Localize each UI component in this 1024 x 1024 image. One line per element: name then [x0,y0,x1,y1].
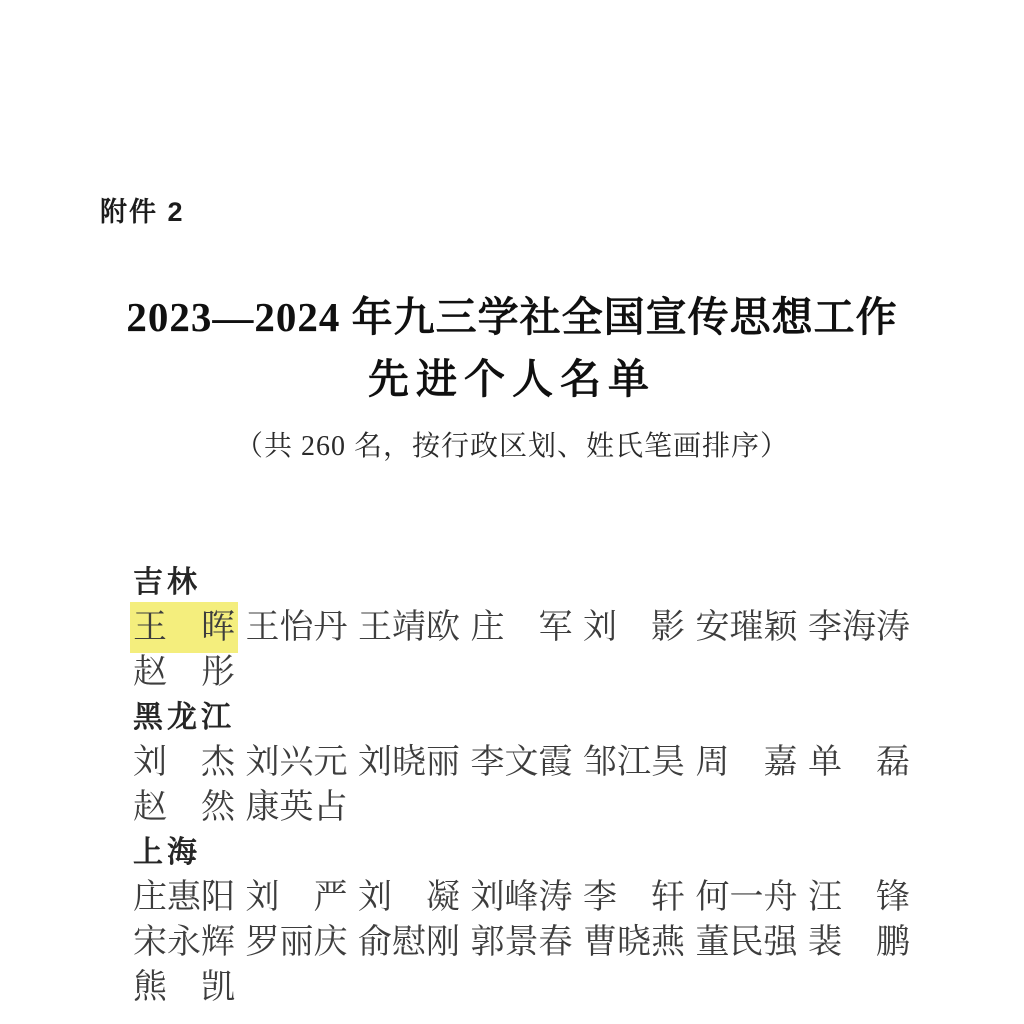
name: 熊凯 [133,965,235,1010]
name-char: 董 [696,920,730,965]
name-char: 影 [651,605,685,650]
name-char: 涛 [539,875,573,920]
name-char: 燕 [651,920,685,965]
name-char: 王 [133,605,167,650]
name: 刘杰 [133,740,235,785]
region-header: 吉林 [133,560,910,605]
name-char: 元 [314,740,348,785]
name-char: 刘 [358,875,392,920]
names-grid: 庄惠阳刘严刘凝刘峰涛李轩何一舟汪锋宋永辉罗丽庆俞慰刚郭景春曹晓燕董民强裴鹏熊凯 [133,875,910,1010]
name: 刘峰涛 [471,875,573,920]
name-char: 郭 [471,920,505,965]
name: 刘兴元 [246,740,348,785]
name-char: 周 [696,740,730,785]
name: 刘严 [246,875,348,920]
name: 罗丽庆 [246,920,348,965]
name-char: 晖 [201,605,235,650]
name-char: 军 [539,605,573,650]
name-char: 鹏 [876,920,910,965]
name: 安璀颖 [696,605,798,650]
name: 董民强 [696,920,798,965]
names-grid: 刘杰刘兴元刘晓丽李文霞邹江昊周嘉单磊赵然康英占 [133,740,910,830]
name: 汪锋 [808,875,910,920]
name: 郭景春 [471,920,573,965]
name-char: 李 [583,875,617,920]
name-char: 璀 [730,605,764,650]
name-char: 辉 [201,920,235,965]
name-char: 庄 [133,875,167,920]
section: 黑龙江刘杰刘兴元刘晓丽李文霞邹江昊周嘉单磊赵然康英占 [133,695,910,830]
name-char: 昊 [651,740,685,785]
name-char: 庄 [471,605,505,650]
name: 赵彤 [133,650,235,695]
name-char: 王 [358,605,392,650]
name: 邹江昊 [583,740,685,785]
name-char: 海 [842,605,876,650]
name-char: 刚 [426,920,460,965]
name: 宋永辉 [133,920,235,965]
name-char: 江 [617,740,651,785]
name-char: 景 [505,920,539,965]
name-char: 靖 [392,605,426,650]
name-char: 颖 [764,605,798,650]
title-line-1: 2023—2024 年九三学社全国宣传思想工作 [0,286,1024,348]
name: 刘凝 [358,875,460,920]
name: 曹晓燕 [583,920,685,965]
section: 上海庄惠阳刘严刘凝刘峰涛李轩何一舟汪锋宋永辉罗丽庆俞慰刚郭景春曹晓燕董民强裴鹏熊… [133,830,910,1010]
name-char: 裴 [808,920,842,965]
name-char: 汪 [808,875,842,920]
name-char: 刘 [471,875,505,920]
name-char: 英 [280,785,314,830]
name-char: 熊 [133,965,167,1010]
title-line-2: 先进个人名单 [0,348,1024,410]
name-char: 怡 [280,605,314,650]
name-char: 阳 [201,875,235,920]
name-char: 刘 [246,875,280,920]
name-char: 庆 [314,920,348,965]
name-char: 然 [201,785,235,830]
name-char: 舟 [764,875,798,920]
name-char: 李 [808,605,842,650]
name-char: 峰 [505,875,539,920]
name: 庄惠阳 [133,875,235,920]
name-char: 曹 [583,920,617,965]
name-char: 轩 [651,875,685,920]
name-char: 惠 [167,875,201,920]
name-char: 刘 [583,605,617,650]
name-char: 霞 [539,740,573,785]
name: 李轩 [583,875,685,920]
name-char: 罗 [246,920,280,965]
name-char: 彤 [201,650,235,695]
name-char: 欧 [426,605,460,650]
name-char: 单 [808,740,842,785]
name-char: 宋 [133,920,167,965]
section: 吉林王晖王怡丹王靖欧庄军刘影安璀颖李海涛赵彤 [133,560,910,695]
name: 刘晓丽 [358,740,460,785]
name-char: 俞 [358,920,392,965]
name-char: 兴 [280,740,314,785]
region-header: 黑龙江 [133,695,910,740]
name-char: 占 [314,785,348,830]
name-char: 强 [764,920,798,965]
name-char: 安 [696,605,730,650]
names-grid: 王晖王怡丹王靖欧庄军刘影安璀颖李海涛赵彤 [133,605,910,695]
name-char: 刘 [246,740,280,785]
name-char: 康 [246,785,280,830]
subtitle: （共 260 名，按行政区划、姓氏笔画排序） [0,424,1024,464]
name-char: 刘 [133,740,167,785]
name-char: 永 [167,920,201,965]
name-char: 赵 [133,650,167,695]
name: 俞慰刚 [358,920,460,965]
name-char: 王 [246,605,280,650]
name: 刘影 [583,605,685,650]
name: 单磊 [808,740,910,785]
name-char: 文 [505,740,539,785]
name-char: 晓 [617,920,651,965]
name: 庄军 [471,605,573,650]
name: 李文霞 [471,740,573,785]
name-char: 民 [730,920,764,965]
name-char: 刘 [358,740,392,785]
name: 王靖欧 [358,605,460,650]
name-list: 吉林王晖王怡丹王靖欧庄军刘影安璀颖李海涛赵彤黑龙江刘杰刘兴元刘晓丽李文霞邹江昊周… [133,560,910,1010]
attachment-label: 附件 2 [100,190,185,229]
document-page: 附件 2 2023—2024 年九三学社全国宣传思想工作 先进个人名单 （共 2… [0,0,1024,1024]
name-char: 邹 [583,740,617,785]
name: 赵然 [133,785,235,830]
name-char: 嘉 [764,740,798,785]
name: 何一舟 [696,875,798,920]
name-char: 凝 [426,875,460,920]
name: 康英占 [246,785,348,830]
name-char: 何 [696,875,730,920]
name-char: 慰 [392,920,426,965]
name: 李海涛 [808,605,910,650]
name-char: 一 [730,875,764,920]
name-char: 春 [539,920,573,965]
name-char: 严 [314,875,348,920]
name-char: 李 [471,740,505,785]
name-char: 磊 [876,740,910,785]
name: 周嘉 [696,740,798,785]
name-char: 涛 [876,605,910,650]
name-char: 丹 [314,605,348,650]
document-title: 2023—2024 年九三学社全国宣传思想工作 先进个人名单 [0,286,1024,410]
name-char: 赵 [133,785,167,830]
name: 王怡丹 [246,605,348,650]
highlighted-name: 王晖 [133,605,235,650]
name-char: 丽 [280,920,314,965]
name-char: 晓 [392,740,426,785]
name-char: 丽 [426,740,460,785]
name: 裴鹏 [808,920,910,965]
name-char: 锋 [876,875,910,920]
name-char: 凯 [201,965,235,1010]
region-header: 上海 [133,830,910,875]
name-char: 杰 [201,740,235,785]
